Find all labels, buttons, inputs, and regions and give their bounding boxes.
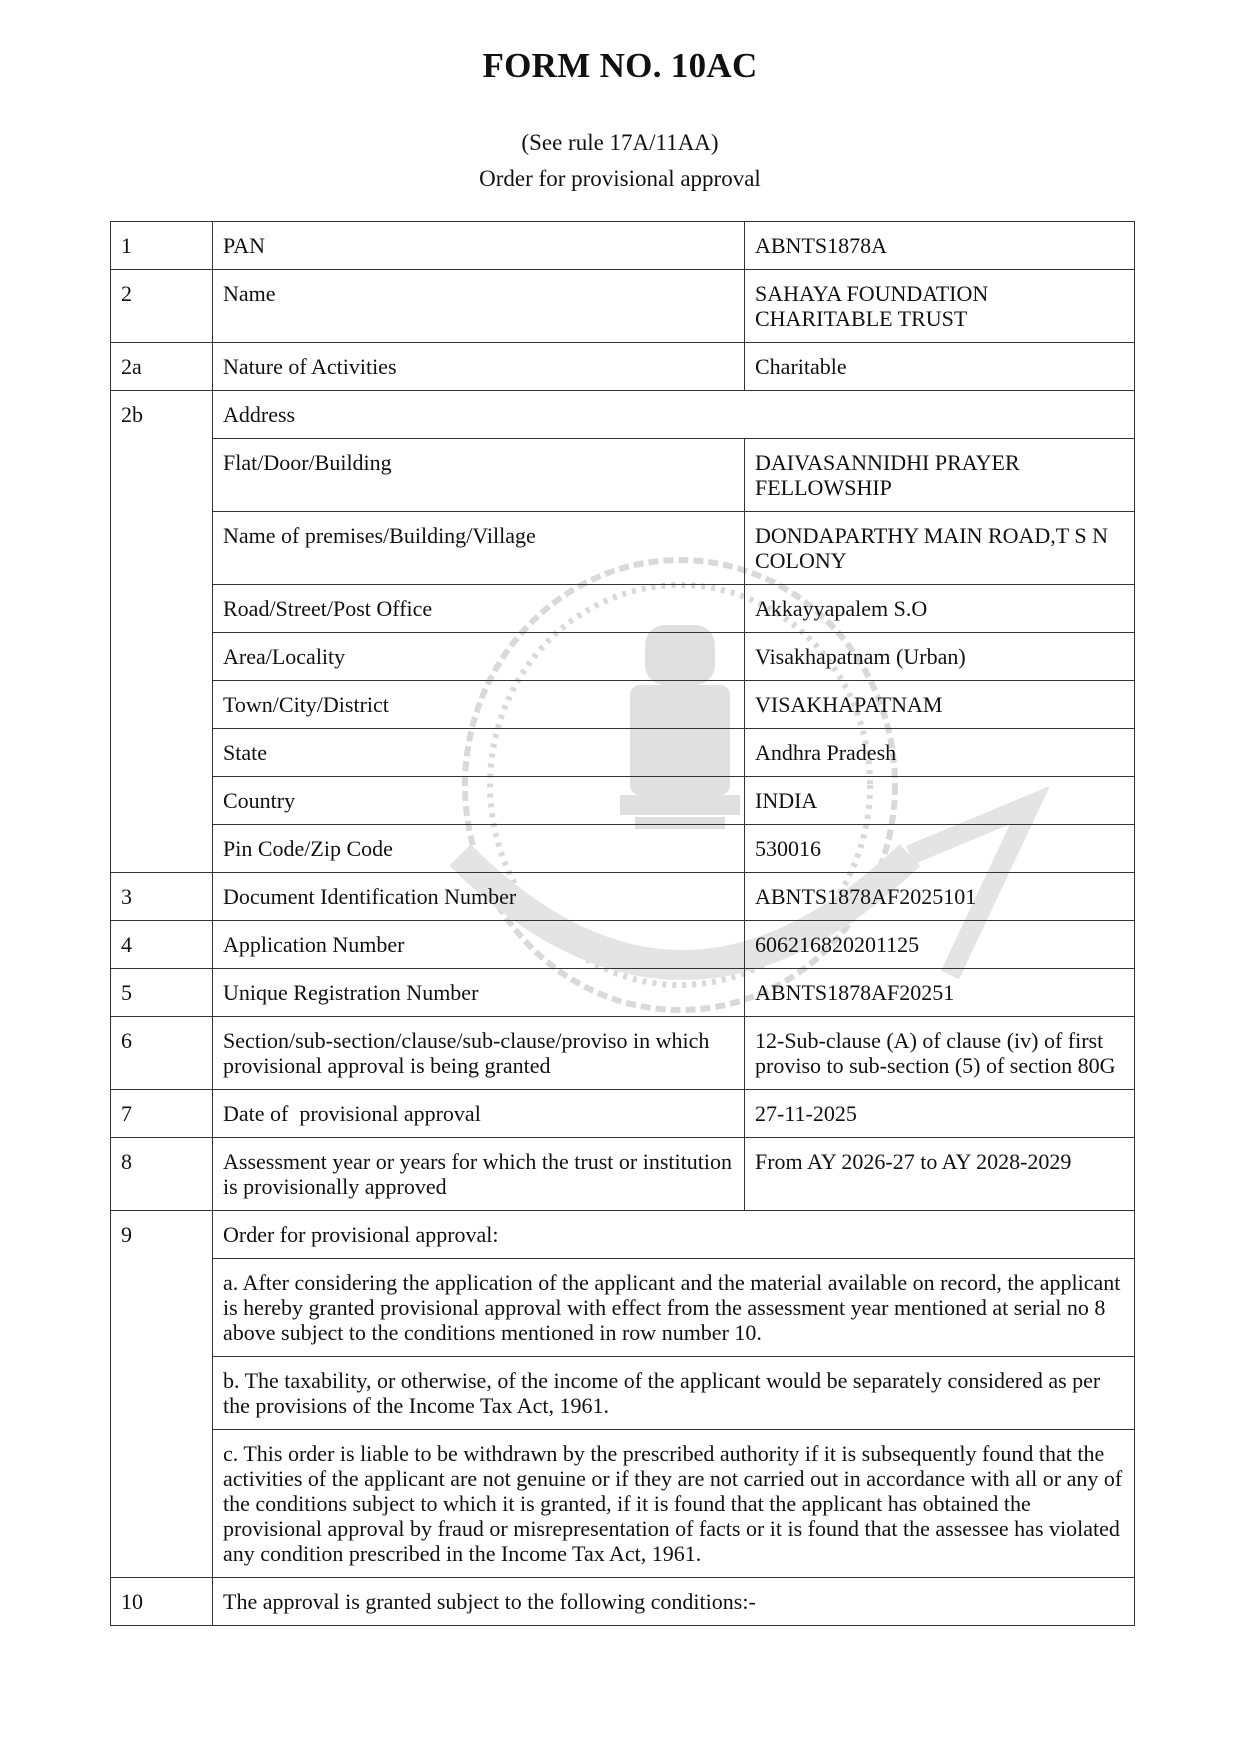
row-number: 10: [111, 1578, 213, 1626]
order-clause-row: a. After considering the application of …: [111, 1259, 1135, 1357]
table-row: 7 Date of provisional approval 27-11-202…: [111, 1090, 1135, 1138]
field-label: Application Number: [213, 921, 745, 969]
order-clause-row: c. This order is liable to be withdrawn …: [111, 1430, 1135, 1578]
field-label: Date of provisional approval: [213, 1090, 745, 1138]
table-row: 1 PAN ABNTS1878A: [111, 222, 1135, 270]
rule-reference: (See rule 17A/11AA): [0, 130, 1240, 156]
name-value: SAHAYA FOUNDATION CHARITABLE TRUST: [745, 270, 1135, 343]
registration-number-value: ABNTS1878AF20251: [745, 969, 1135, 1017]
order-clause-row: b. The taxability, or otherwise, of the …: [111, 1357, 1135, 1430]
table-row: 2b Address: [111, 391, 1135, 439]
address-row: Flat/Door/Building DAIVASANNIDHI PRAYER …: [111, 439, 1135, 512]
table-row: 6 Section/sub-section/clause/sub-clause/…: [111, 1017, 1135, 1090]
row-number: 2a: [111, 343, 213, 391]
address-value: Andhra Pradesh: [745, 729, 1135, 777]
row-number: 3: [111, 873, 213, 921]
row-number: 2b: [111, 391, 213, 873]
row-number: 8: [111, 1138, 213, 1211]
address-value: Visakhapatnam (Urban): [745, 633, 1135, 681]
form-title: FORM NO. 10AC: [0, 46, 1240, 86]
approval-date-value: 27-11-2025: [745, 1090, 1135, 1138]
field-label: Assessment year or years for which the t…: [213, 1138, 745, 1211]
field-label: Name: [213, 270, 745, 343]
address-label: Pin Code/Zip Code: [213, 825, 745, 873]
field-label: Document Identification Number: [213, 873, 745, 921]
table-row: 10 The approval is granted subject to th…: [111, 1578, 1135, 1626]
table-row: 4 Application Number 606216820201125: [111, 921, 1135, 969]
form-subtitle: Order for provisional approval: [0, 166, 1240, 192]
address-row: Pin Code/Zip Code 530016: [111, 825, 1135, 873]
nature-of-activities-value: Charitable: [745, 343, 1135, 391]
address-label: Country: [213, 777, 745, 825]
address-row: Name of premises/Building/Village DONDAP…: [111, 512, 1135, 585]
row-number: 1: [111, 222, 213, 270]
field-label: Section/sub-section/clause/sub-clause/pr…: [213, 1017, 745, 1090]
row-number: 2: [111, 270, 213, 343]
address-label: Town/City/District: [213, 681, 745, 729]
field-label: Unique Registration Number: [213, 969, 745, 1017]
field-label: PAN: [213, 222, 745, 270]
row-number: 6: [111, 1017, 213, 1090]
address-label: Flat/Door/Building: [213, 439, 745, 512]
row-number: 7: [111, 1090, 213, 1138]
address-value: 530016: [745, 825, 1135, 873]
table-row: 3 Document Identification Number ABNTS18…: [111, 873, 1135, 921]
table-row: 5 Unique Registration Number ABNTS1878AF…: [111, 969, 1135, 1017]
section-value: 12-Sub-clause (A) of clause (iv) of firs…: [745, 1017, 1135, 1090]
assessment-years-value: From AY 2026-27 to AY 2028-2029: [745, 1138, 1135, 1211]
address-value: DAIVASANNIDHI PRAYER FELLOWSHIP: [745, 439, 1135, 512]
address-value: Akkayyapalem S.O: [745, 585, 1135, 633]
approval-form-table: 1 PAN ABNTS1878A 2 Name SAHAYA FOUNDATIO…: [110, 221, 1135, 1626]
address-row: Town/City/District VISAKHAPATNAM: [111, 681, 1135, 729]
row-number: 5: [111, 969, 213, 1017]
address-row: Area/Locality Visakhapatnam (Urban): [111, 633, 1135, 681]
document-id-value: ABNTS1878AF2025101: [745, 873, 1135, 921]
table-row: 2a Nature of Activities Charitable: [111, 343, 1135, 391]
table-row: 8 Assessment year or years for which the…: [111, 1138, 1135, 1211]
order-clause-b: b. The taxability, or otherwise, of the …: [213, 1357, 1135, 1430]
address-value: DONDAPARTHY MAIN ROAD,T S N COLONY: [745, 512, 1135, 585]
address-value: VISAKHAPATNAM: [745, 681, 1135, 729]
address-row: State Andhra Pradesh: [111, 729, 1135, 777]
address-label: Area/Locality: [213, 633, 745, 681]
table-row: 9 Order for provisional approval:: [111, 1211, 1135, 1259]
table-row: 2 Name SAHAYA FOUNDATION CHARITABLE TRUS…: [111, 270, 1135, 343]
order-clause-c: c. This order is liable to be withdrawn …: [213, 1430, 1135, 1578]
application-number-value: 606216820201125: [745, 921, 1135, 969]
field-label: Address: [213, 391, 1135, 439]
row-number: 9: [111, 1211, 213, 1578]
field-label: Order for provisional approval:: [213, 1211, 1135, 1259]
address-row: Road/Street/Post Office Akkayyapalem S.O: [111, 585, 1135, 633]
address-label: State: [213, 729, 745, 777]
order-clause-a: a. After considering the application of …: [213, 1259, 1135, 1357]
address-label: Name of premises/Building/Village: [213, 512, 745, 585]
row-number: 4: [111, 921, 213, 969]
field-label: Nature of Activities: [213, 343, 745, 391]
pan-value: ABNTS1878A: [745, 222, 1135, 270]
address-row: Country INDIA: [111, 777, 1135, 825]
field-label: The approval is granted subject to the f…: [213, 1578, 1135, 1626]
address-label: Road/Street/Post Office: [213, 585, 745, 633]
address-value: INDIA: [745, 777, 1135, 825]
